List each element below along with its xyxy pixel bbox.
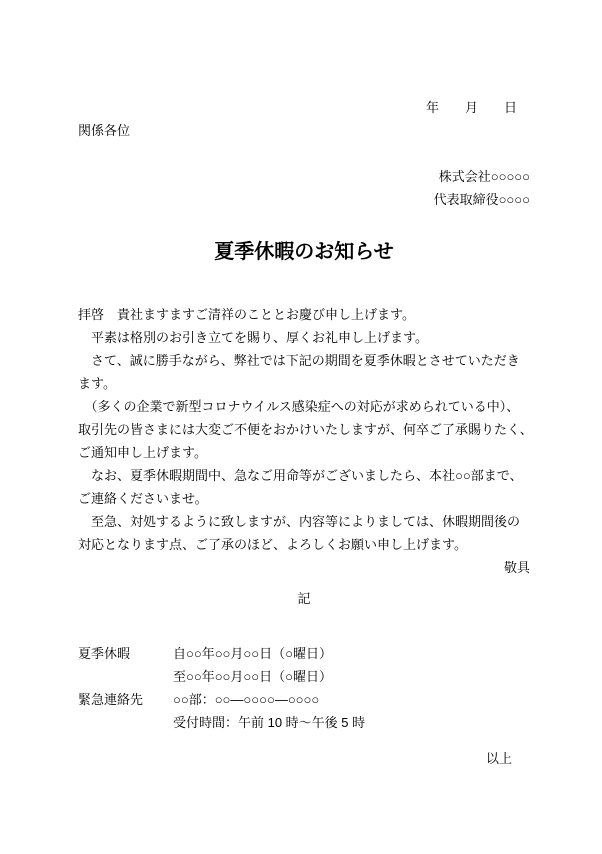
sender-company: 株式会社○○○○○: [78, 165, 530, 188]
body-line: ご通知申し上げます。: [78, 441, 530, 464]
end-marker-ijou: 以上: [78, 747, 530, 770]
sender-representative: 代表取締役○○○○: [78, 188, 530, 211]
recipient-line: 関係各位: [78, 119, 530, 142]
record-heading-ki: 記: [78, 587, 530, 610]
body-line: ます。: [78, 372, 530, 395]
sender-block: 株式会社○○○○○ 代表取締役○○○○: [78, 165, 530, 211]
detail-label: 夏季休暇: [78, 642, 173, 665]
detail-row-vacation-to: 至○○年○○月○○日（○曜日）: [78, 665, 530, 688]
detail-row-emergency-contact: 緊急連絡先 ○○部：○○―○○○○―○○○○: [78, 688, 530, 711]
body-line: なお、夏季休暇期間中、急なご用命等がございましたら、本社○○部まで、: [78, 464, 530, 487]
body-line: ご連絡くださいませ。: [78, 487, 530, 510]
body-line: 拝啓 貴社ますますご清祥のこととお慶び申し上げます。: [78, 303, 530, 326]
detail-label: [78, 711, 173, 734]
body-line: 至急、対処するように致しますが、内容等によりましては、休暇期間後の: [78, 510, 530, 533]
detail-value: ○○部：○○―○○○○―○○○○: [173, 688, 319, 711]
detail-label: [78, 665, 173, 688]
body-line: 対応となります点、ご了承のほど、よろしくお願い申し上げます。: [78, 533, 530, 556]
body-line: さて、誠に勝手ながら、弊社では下記の期間を夏季休暇とさせていただき: [78, 349, 530, 372]
document-page: 年 月 日 関係各位 株式会社○○○○○ 代表取締役○○○○ 夏季休暇のお知らせ…: [0, 0, 602, 854]
detail-row-vacation-from: 夏季休暇 自○○年○○月○○日（○曜日）: [78, 642, 530, 665]
closing-keigu: 敬具: [78, 556, 530, 579]
detail-row-reception-hours: 受付時間：午前 10 時～午後 5 時: [78, 711, 530, 734]
detail-label: 緊急連絡先: [78, 688, 173, 711]
detail-value: 受付時間：午前 10 時～午後 5 時: [173, 711, 365, 734]
document-title: 夏季休暇のお知らせ: [78, 237, 530, 267]
details-block: 夏季休暇 自○○年○○月○○日（○曜日） 至○○年○○月○○日（○曜日） 緊急連…: [78, 642, 530, 734]
letter-body: 拝啓 貴社ますますご清祥のこととお慶び申し上げます。 平素は格別のお引き立てを賜…: [78, 303, 530, 556]
body-line: 平素は格別のお引き立てを賜り、厚くお礼申し上げます。: [78, 326, 530, 349]
body-line: （多くの企業で新型コロナウイルス感染症への対応が求められている中）、: [78, 395, 530, 418]
date-line: 年 月 日: [78, 96, 530, 119]
detail-value: 至○○年○○月○○日（○曜日）: [173, 665, 332, 688]
body-line: 取引先の皆さまには大変ご不便をおかけいたしますが、何卒ご了承賜りたく、: [78, 418, 530, 441]
detail-value: 自○○年○○月○○日（○曜日）: [173, 642, 332, 665]
